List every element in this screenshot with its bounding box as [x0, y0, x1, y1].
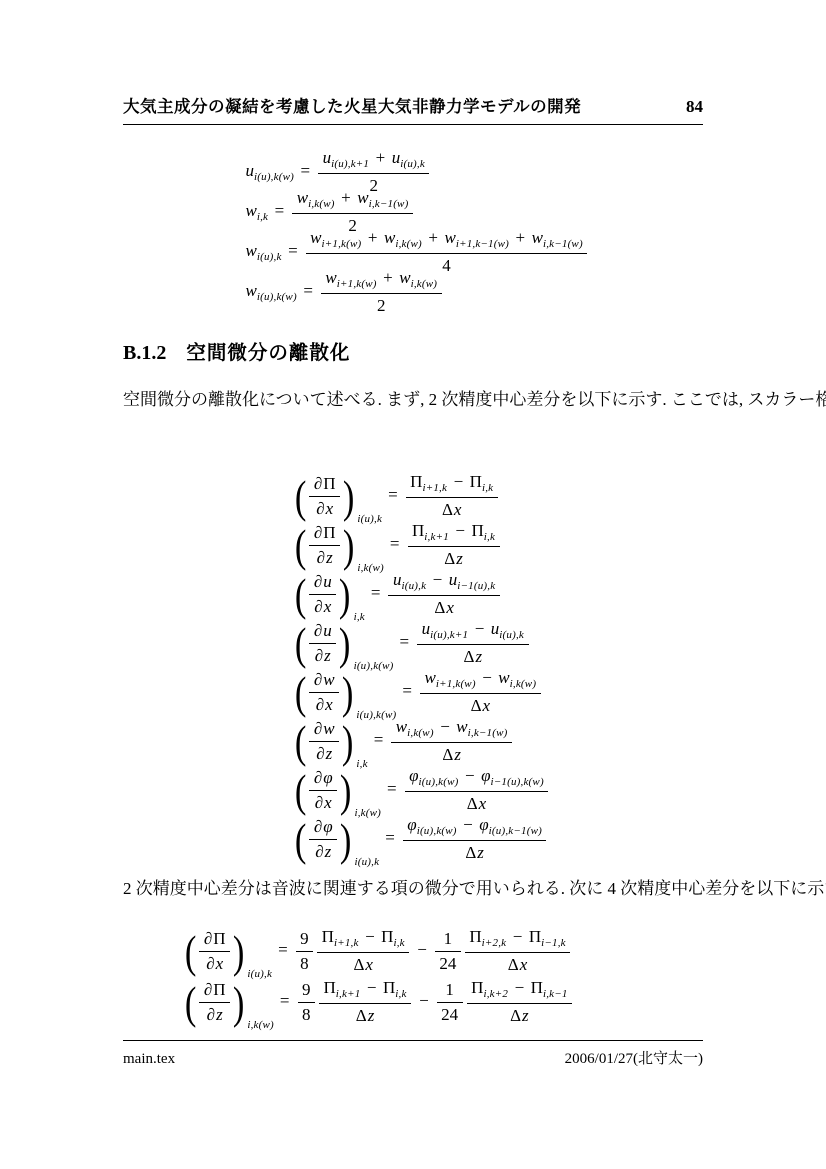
math-symbol: ∂ [206, 954, 214, 973]
math-subscript: i(u),k [247, 968, 272, 980]
page-header: 大気主成分の凝結を考慮した火星大気非静力学モデルの開発 84 [123, 93, 703, 125]
right-paren-glyph: ) [343, 523, 354, 569]
math-symbol: w [384, 228, 395, 247]
math-symbol: z [454, 745, 461, 764]
math-var: u [323, 572, 332, 592]
math-subscript: i,k(w) [354, 807, 381, 819]
math-symbol: z [216, 1005, 223, 1024]
math-var: z [475, 647, 482, 667]
math-var: u [323, 621, 332, 641]
right-paren-glyph: ) [342, 670, 353, 716]
math-operator: = [371, 583, 381, 603]
math-var: ∂ [314, 597, 322, 617]
numerator: Πi,k+2−Πi,k−1 [467, 978, 572, 1004]
paragraph-intro: 空間微分の離散化について述べる. まず, 2 次精度中心差分を以下に示す. ここ… [123, 386, 705, 420]
math-subscript: i,k(w) [247, 1019, 274, 1031]
math-symbol: u [323, 621, 332, 640]
numerator: φi(u),k(w)−φi−1(u),k(w) [405, 766, 549, 792]
math-symbol: z [456, 549, 463, 568]
math-subscript: i,k(w) [395, 238, 422, 250]
math-var: Πi,k [470, 472, 494, 495]
math-derivative: (∂Π∂z)i,k(w) [183, 980, 274, 1026]
math-derivative: (∂φ∂x)i,k(w) [293, 768, 381, 814]
right-paren-glyph: ) [233, 980, 244, 1026]
math-symbol: u [323, 572, 332, 591]
math-operator: − [433, 570, 443, 590]
math-subscript: i,k−1(w) [468, 727, 508, 739]
math-subscript: i,k(w) [357, 562, 384, 574]
math-operator: = [288, 241, 298, 261]
math-subscript: i(u),k+1 [331, 158, 369, 170]
math-symbol: Δ [510, 1006, 521, 1025]
math-var: z [522, 1006, 529, 1026]
page-number: 84 [686, 97, 703, 117]
math-var: Δ [464, 647, 475, 667]
math-var: z [325, 842, 332, 862]
equation: (∂Π∂x)i(u),k=98Πi+1,k−Πi,kΔx−124Πi+2,k−Π… [183, 926, 574, 977]
equation: ui(u),k(w)=ui(u),k+1+ui(u),k2 [245, 152, 589, 192]
math-var: wi+1,k(w) [310, 228, 361, 251]
math-var: z [477, 843, 484, 863]
math-var: 24 [441, 1005, 458, 1025]
denominator: 24 [437, 1003, 463, 1025]
math-var: Πi−1,k [529, 927, 566, 950]
equation: (∂w∂x)i(u),k(w)=wi+1,k(w)−wi,k(w)Δx [293, 668, 550, 717]
math-var: ui(u),k+1 [323, 148, 370, 171]
math-var: x [479, 794, 487, 814]
denominator: 8 [296, 952, 314, 974]
math-fraction: ∂Π∂x [309, 474, 340, 520]
math-var: Δ [434, 598, 445, 618]
math-symbol: w [498, 668, 509, 687]
math-symbol: z [326, 548, 333, 567]
math-symbol: φ [481, 766, 490, 785]
math-subscript: i,k [482, 482, 493, 494]
denominator: Δz [319, 1004, 411, 1026]
footer-date-author: 2006/01/27(北守太一) [565, 1047, 703, 1068]
equation-line: (∂Π∂z)i,k(w)=98Πi,k+1−Πi,kΔz−124Πi,k+2−Π… [183, 978, 574, 1027]
math-operator: = [374, 730, 384, 750]
math-symbol: φ [407, 815, 416, 834]
math-symbol: Π [531, 978, 543, 997]
math-symbol: ∂ [314, 817, 322, 836]
equation: (∂u∂x)i,k=ui(u),k−ui−1(u),kΔx [293, 570, 550, 619]
math-var: w [323, 719, 334, 739]
math-var: ∂ [314, 670, 322, 690]
math-fraction: 124 [435, 929, 461, 975]
math-symbol: z [368, 1006, 375, 1025]
math-operator: + [376, 148, 386, 168]
math-symbol: ∂ [204, 980, 212, 999]
denominator: ∂z [199, 1003, 230, 1025]
math-fraction: φi(u),k(w)−φi−1(u),k(w)Δx [405, 766, 549, 815]
right-paren-glyph: ) [233, 929, 244, 975]
math-symbol: 8 [300, 954, 309, 973]
right-paren-glyph: ) [339, 621, 350, 667]
math-var: wi(u),k(w) [246, 281, 297, 303]
math-symbol: Π [471, 978, 483, 997]
math-var: Πi+1,k [410, 472, 447, 495]
math-symbol: x [520, 955, 528, 974]
math-var: φi(u),k(w) [407, 815, 456, 838]
math-var: ui(u),k [491, 619, 524, 642]
math-symbol: ∂ [207, 1005, 215, 1024]
math-symbol: ∂ [314, 474, 322, 493]
numerator: ∂w [309, 670, 339, 693]
math-var: 1 [444, 929, 453, 949]
numerator: ∂Π [199, 929, 230, 952]
numerator: ∂w [309, 719, 339, 742]
math-operator: = [390, 534, 400, 554]
math-symbol: x [479, 794, 487, 813]
left-paren-glyph: ( [295, 670, 306, 716]
math-symbol: z [477, 843, 484, 862]
math-subscript: i,k [356, 758, 367, 770]
math-symbol: ∂ [314, 523, 322, 542]
numerator: 1 [437, 980, 463, 1003]
left-paren-glyph: ( [295, 719, 306, 765]
math-fraction: φi(u),k(w)−φi(u),k−1(w)Δz [403, 815, 547, 864]
math-var: ∂ [315, 842, 323, 862]
math-symbol: Δ [467, 794, 478, 813]
math-symbol: x [446, 598, 454, 617]
denominator: Δz [417, 645, 528, 667]
numerator: ∂Π [309, 474, 340, 497]
math-fraction: ∂Π∂z [309, 523, 340, 569]
math-var: Δ [510, 1006, 521, 1026]
section-heading: B.1.2 空間微分の離散化 [123, 337, 350, 365]
math-fraction: 98 [296, 929, 314, 975]
math-var: 9 [302, 980, 311, 1000]
math-derivative: (∂u∂x)i,k [293, 572, 365, 618]
math-symbol: 24 [441, 1005, 458, 1024]
math-symbol: x [324, 793, 332, 812]
math-var: ∂ [207, 1005, 215, 1025]
math-derivative: (∂Π∂z)i,k(w) [293, 523, 384, 569]
math-symbol: ∂ [314, 670, 322, 689]
denominator: 2 [321, 294, 442, 316]
math-derivative: (∂w∂x)i(u),k(w) [293, 670, 396, 716]
math-subscript: i,k+2 [483, 988, 508, 1000]
math-var: ∂ [314, 768, 322, 788]
numerator: φi(u),k(w)−φi(u),k−1(w) [403, 815, 547, 841]
math-var: ∂ [315, 646, 323, 666]
math-var: x [324, 597, 332, 617]
denominator: ∂z [309, 840, 337, 862]
numerator: 1 [435, 929, 461, 952]
math-fraction: ui(u),k+1−ui(u),kΔz [417, 619, 528, 668]
math-fraction: Πi+1,k−Πi,kΔx [317, 927, 409, 976]
equation-line: (∂Π∂x)i(u),k=Πi+1,k−Πi,kΔx [293, 472, 500, 521]
math-fraction: Πi+2,k−Πi−1,kΔx [465, 927, 570, 976]
denominator: ∂z [309, 546, 340, 568]
math-symbol: Π [469, 927, 481, 946]
page-footer: main.tex 2006/01/27(北守太一) [123, 1040, 703, 1068]
math-operator: = [388, 485, 398, 505]
math-fraction: Πi,k+1−Πi,kΔz [319, 978, 411, 1027]
math-var: ∂ [314, 621, 322, 641]
math-symbol: φ [323, 817, 332, 836]
math-var: wi(u),k [246, 241, 282, 263]
math-var: ∂ [314, 523, 322, 543]
math-var: 1 [445, 980, 454, 1000]
math-operator: − [440, 717, 450, 737]
footer-filename: main.tex [123, 1051, 175, 1068]
numerator: Πi,k+1−Πi,k [319, 978, 411, 1004]
math-operator: − [455, 521, 465, 541]
math-fraction: ∂w∂z [309, 719, 339, 765]
math-subscript: i,k(w) [510, 678, 537, 690]
math-var: x [454, 500, 462, 520]
equation: (∂φ∂z)i(u),k=φi(u),k(w)−φi(u),k−1(w)Δz [293, 815, 550, 864]
math-var: Δ [353, 955, 364, 975]
right-paren-glyph: ) [342, 719, 353, 765]
denominator: Δx [317, 953, 409, 975]
math-subscript: i,k(w) [308, 198, 335, 210]
math-symbol: w [424, 668, 435, 687]
denominator: Δz [408, 547, 500, 569]
math-symbol: w [399, 268, 410, 287]
numerator: ∂φ [309, 768, 337, 791]
math-operator: = [387, 779, 397, 799]
numerator: ∂u [309, 621, 336, 644]
math-symbol: Π [324, 978, 336, 997]
left-paren-glyph: ( [295, 817, 306, 863]
math-subscript: i,k [354, 611, 365, 623]
math-var: ui−1(u),k [449, 570, 496, 593]
math-derivative: (∂φ∂z)i(u),k [293, 817, 379, 863]
math-symbol: φ [479, 815, 488, 834]
denominator: Δz [403, 841, 547, 863]
math-operator: − [515, 978, 525, 998]
math-symbol: ∂ [204, 929, 212, 948]
math-var: ui(u),k+1 [422, 619, 469, 642]
math-operator: − [465, 766, 475, 786]
math-subscript: i,k [395, 988, 406, 1000]
denominator: ∂z [309, 644, 336, 666]
denominator: Δz [391, 743, 512, 765]
math-symbol: x [326, 499, 334, 518]
math-var: φ [323, 817, 332, 837]
math-operator: − [513, 927, 523, 947]
left-paren-glyph: ( [185, 929, 196, 975]
math-subscript: i,k [257, 211, 268, 223]
equation-line: (∂Π∂z)i,k(w)=Πi,k+1−Πi,kΔz [293, 521, 502, 570]
math-subscript: i,k−1 [543, 988, 568, 1000]
math-symbol: 9 [300, 929, 309, 948]
math-var: z [368, 1006, 375, 1026]
math-symbol: 1 [444, 929, 453, 948]
math-var: Πi,k+1 [324, 978, 361, 1001]
math-var: Πi,k+1 [412, 521, 449, 544]
math-symbol: 2 [377, 296, 386, 315]
numerator: Πi+1,k−Πi,k [317, 927, 409, 953]
math-symbol: x [483, 696, 491, 715]
math-symbol: Δ [356, 1006, 367, 1025]
math-var: x [446, 598, 454, 618]
text-run: 2 次精度中心差分は音波に関連する項の微分で用いられる. 次に 4 次精度中心差… [123, 879, 826, 898]
equation-line: 2 次精度中心差分は音波に関連する項の微分で用いられる. 次に 4 次精度中心差… [123, 879, 826, 898]
left-paren-glyph: ( [295, 474, 306, 520]
math-fraction: 98 [298, 980, 316, 1026]
math-symbol: ∂ [315, 646, 323, 665]
math-var: Π [213, 929, 225, 949]
math-operator: = [402, 681, 412, 701]
math-operator: + [383, 268, 393, 288]
numerator: ui(u),k−ui−1(u),k [388, 570, 499, 596]
math-symbol: u [491, 619, 500, 638]
math-derivative: (∂u∂z)i(u),k(w) [293, 621, 394, 667]
denominator: Δx [465, 953, 570, 975]
numerator: ∂Π [199, 980, 230, 1003]
math-operator: = [303, 281, 313, 301]
text-run: 空間微分の離散化について述べる. まず, 2 次精度中心差分を以下に示す. ここ… [123, 390, 826, 409]
math-var: ∂ [316, 744, 324, 764]
equation-block-fourth-order: (∂Π∂x)i(u),k=98Πi+1,k−Πi,kΔx−124Πi+2,k−Π… [183, 926, 574, 1028]
math-symbol: w [246, 201, 257, 220]
equation: (∂Π∂z)i,k(w)=Πi,k+1−Πi,kΔz [293, 521, 550, 570]
math-var: Π [323, 474, 335, 494]
math-var: z [326, 744, 333, 764]
math-symbol: Π [412, 521, 424, 540]
math-var: ∂ [315, 793, 323, 813]
math-symbol: Δ [434, 598, 445, 617]
math-subscript: i(u),k(w) [354, 660, 394, 672]
math-operator: = [385, 828, 395, 848]
math-subscript: i(u),k [357, 513, 382, 525]
math-operator: + [341, 188, 351, 208]
math-var: ∂ [317, 548, 325, 568]
equation-line: wi(u),k(w)=wi+1,k(w)+wi,k(w)2 [245, 268, 444, 317]
equation: wi(u),k(w)=wi+1,k(w)+wi,k(w)2 [245, 272, 589, 312]
math-symbol: z [522, 1006, 529, 1025]
math-var: 9 [300, 929, 309, 949]
math-symbol: w [310, 228, 321, 247]
math-var: ∂ [314, 817, 322, 837]
math-symbol: Δ [464, 647, 475, 666]
math-operator: = [275, 201, 285, 221]
math-operator: = [280, 991, 290, 1011]
denominator: Δz [467, 1004, 572, 1026]
math-derivative: (∂w∂z)i,k [293, 719, 368, 765]
denominator: ∂x [309, 595, 336, 617]
math-var: Δ [442, 745, 453, 765]
math-subscript: i(u),k(w) [419, 776, 459, 788]
math-symbol: w [396, 717, 407, 736]
math-var: wi+1,k(w) [424, 668, 475, 691]
numerator: ∂φ [309, 817, 337, 840]
math-symbol: Δ [442, 500, 453, 519]
math-var: wi+1,k(w) [325, 268, 376, 291]
numerator: wi+1,k(w)+wi,k(w)+wi+1,k−1(w)+wi,k−1(w) [306, 228, 588, 254]
math-symbol: Π [213, 929, 225, 948]
math-subscript: i+1,k(w) [337, 278, 377, 290]
paragraph-note: 2 次精度中心差分は音波に関連する項の微分で用いられる. 次に 4 次精度中心差… [123, 875, 705, 902]
equation-block-second-order: (∂Π∂x)i(u),k=Πi+1,k−Πi,kΔx (∂Π∂z)i,k(w)=… [293, 472, 550, 864]
math-var: Δ [356, 1006, 367, 1026]
math-var: ∂ [206, 954, 214, 974]
math-fraction: 124 [437, 980, 463, 1026]
math-subscript: i(u),k+1 [430, 629, 468, 641]
equation-line: (∂φ∂x)i,k(w)=φi(u),k(w)−φi−1(u),k(w)Δx [293, 766, 550, 815]
math-var: Δ [442, 500, 453, 520]
math-subscript: i,k+1 [336, 988, 361, 1000]
math-var: z [216, 1005, 223, 1025]
numerator: ∂Π [309, 523, 340, 546]
math-symbol: z [324, 646, 331, 665]
math-fraction: ∂u∂x [309, 572, 336, 618]
math-var: wi,k(w) [399, 268, 437, 291]
math-subscript: i,k(w) [411, 278, 438, 290]
math-fraction: ∂φ∂x [309, 768, 337, 814]
equation: (∂Π∂z)i,k(w)=98Πi,k+1−Πi,kΔz−124Πi,k+2−Π… [183, 977, 574, 1028]
equation-line: (∂u∂x)i,k=ui(u),k−ui−1(u),kΔx [293, 570, 502, 619]
numerator: Πi+1,k−Πi,k [406, 472, 498, 498]
math-var: Πi,k+2 [471, 978, 508, 1001]
math-subscript: i+1,k−1(w) [456, 238, 509, 250]
math-var: x [325, 695, 333, 715]
numerator: Πi+2,k−Πi−1,k [465, 927, 570, 953]
math-subscript: i+1,k [422, 482, 447, 494]
equation-block-averaging: ui(u),k(w)=ui(u),k+1+ui(u),k2 wi,k=wi,k(… [245, 152, 589, 312]
math-var: ui(u),k(w) [246, 161, 294, 183]
math-subscript: i(u),k [257, 251, 282, 263]
math-symbol: ∂ [316, 744, 324, 763]
math-symbol: Π [323, 523, 335, 542]
math-var: x [216, 954, 224, 974]
math-symbol: z [326, 744, 333, 763]
math-operator: = [400, 632, 410, 652]
math-symbol: ∂ [314, 597, 322, 616]
left-paren-glyph: ( [295, 768, 306, 814]
math-symbol: Π [383, 978, 395, 997]
math-fraction: Πi,k+2−Πi,k−1Δz [467, 978, 572, 1027]
math-var: wi+1,k−1(w) [444, 228, 509, 251]
math-var: Π [323, 523, 335, 543]
math-var: φ [323, 768, 332, 788]
math-fraction: Πi+1,k−Πi,kΔx [406, 472, 498, 521]
math-subscript: i,k−1(w) [369, 198, 409, 210]
math-var: ∂ [314, 474, 322, 494]
math-symbol: 1 [445, 980, 454, 999]
math-var: wi,k−1(w) [456, 717, 507, 740]
math-symbol: Π [213, 980, 225, 999]
math-symbol: w [357, 188, 368, 207]
numerator: wi,k(w)+wi,k−1(w) [292, 188, 413, 214]
math-var: Δ [471, 696, 482, 716]
math-var: 8 [302, 1005, 311, 1025]
math-symbol: 8 [302, 1005, 311, 1024]
math-var: 8 [300, 954, 309, 974]
math-symbol: Δ [465, 843, 476, 862]
math-symbol: x [324, 597, 332, 616]
denominator: ∂x [309, 497, 340, 519]
math-symbol: ∂ [316, 695, 324, 714]
math-var: z [456, 549, 463, 569]
math-var: ui(u),k [392, 148, 425, 171]
document-page: 大気主成分の凝結を考慮した火星大気非静力学モデルの開発 84 ui(u),k(w… [0, 0, 826, 1169]
math-subscript: i−1(u),k(w) [491, 776, 544, 788]
math-symbol: w [444, 228, 455, 247]
math-operator: + [516, 228, 526, 248]
math-symbol: u [246, 161, 255, 180]
math-operator: − [475, 619, 485, 639]
math-var: Δ [467, 794, 478, 814]
math-symbol: w [297, 188, 308, 207]
math-fraction: wi+1,k(w)−wi,k(w)Δx [420, 668, 541, 717]
math-symbol: 24 [439, 954, 456, 973]
math-symbol: Π [323, 474, 335, 493]
